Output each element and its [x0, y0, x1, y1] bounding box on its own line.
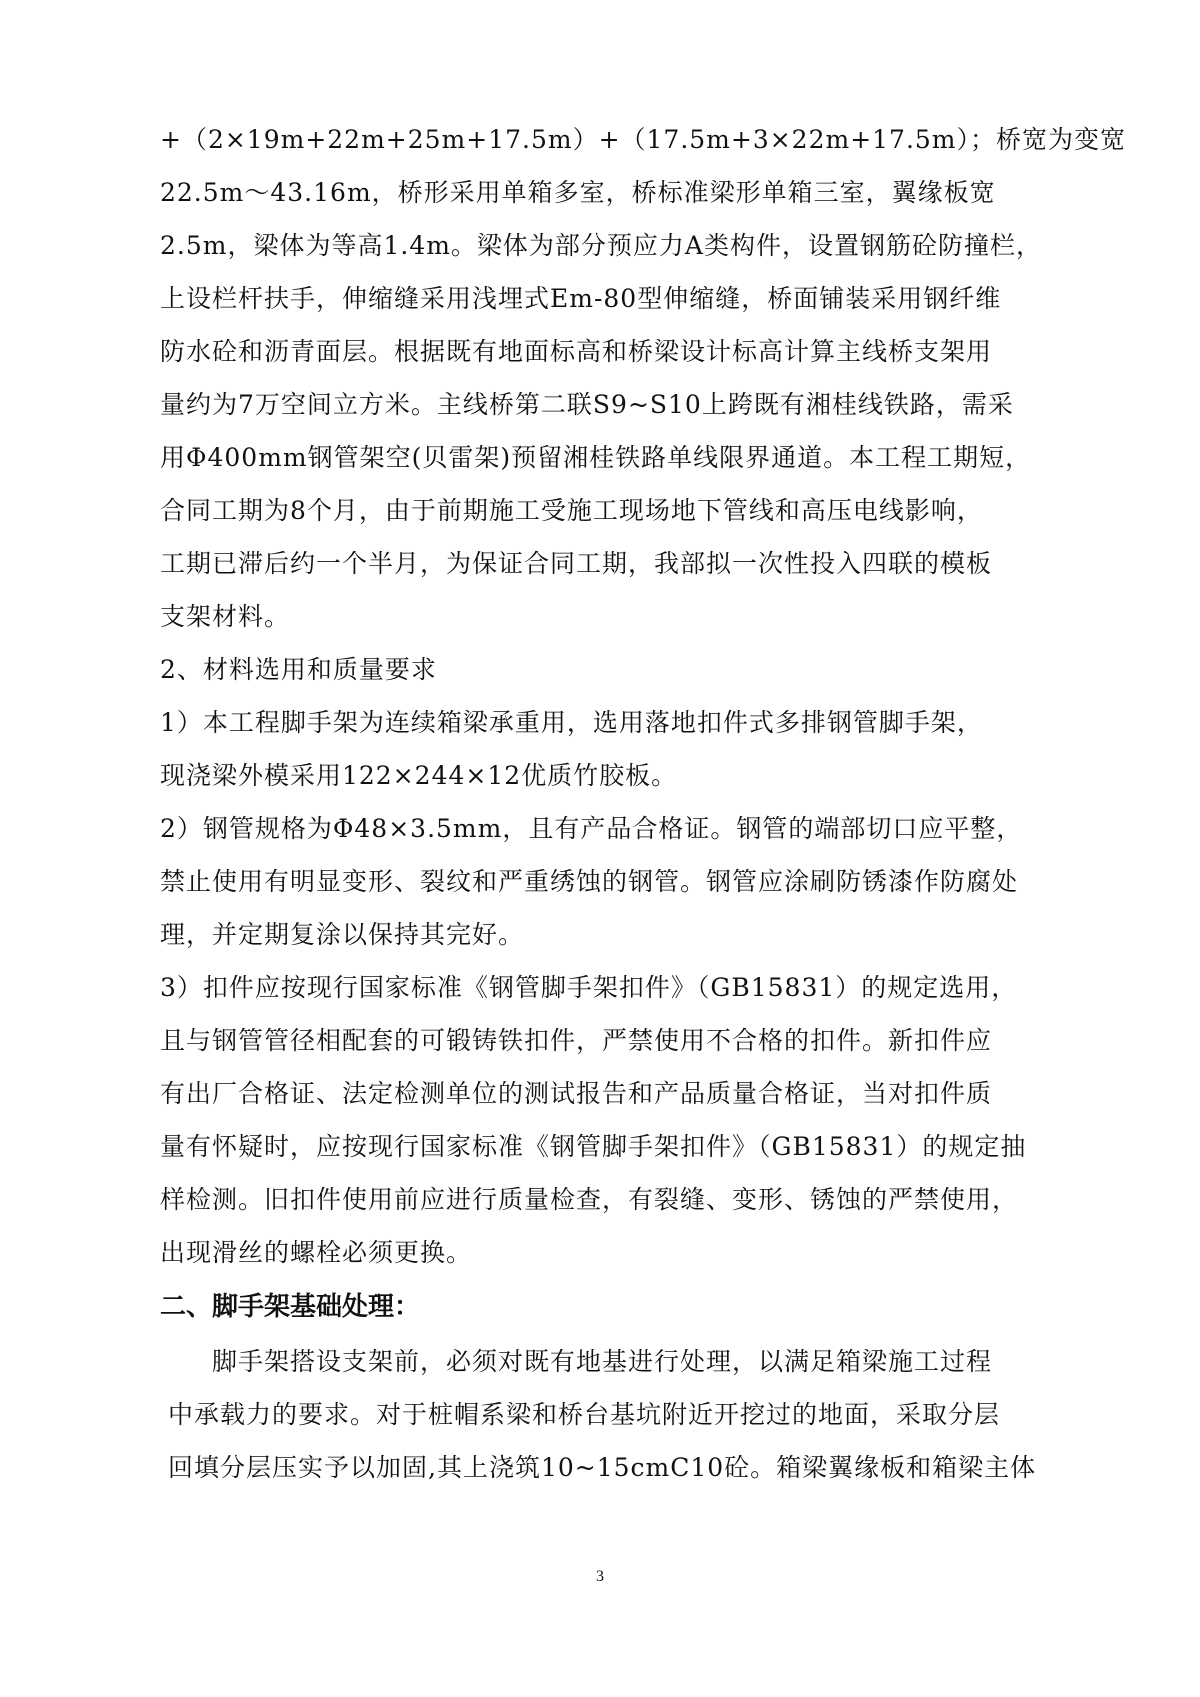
body-line: 2.5m，梁体为等高1.4m。梁体为部分预应力A类构件，设置钢筋砼防撞栏， [160, 229, 980, 263]
body-line: +（2×19m+22m+25m+17.5m）+（17.5m+3×22m+17.5… [160, 123, 980, 157]
body-line: 上设栏杆扶手，伸缩缝采用浅埋式Em-80型伸缩缝，桥面铺装采用钢纤维 [160, 282, 980, 316]
body-line: 用Φ400mm钢管架空(贝雷架)预留湘桂铁路单线限界通道。本工程工期短， [160, 441, 980, 475]
body-line: 防水砼和沥青面层。根据既有地面标高和桥梁设计标高计算主线桥支架用 [160, 335, 980, 369]
body-line: 理，并定期复涂以保持其完好。 [160, 918, 980, 952]
section-heading: 二、脚手架基础处理： [160, 1290, 420, 1324]
body-line: 量有怀疑时，应按现行国家标准《钢管脚手架扣件》（GB15831）的规定抽 [160, 1130, 980, 1164]
list-item-1: 1）本工程脚手架为连续箱梁承重用，选用落地扣件式多排钢管脚手架， [160, 706, 980, 740]
body-line: 出现滑丝的螺栓必须更换。 [160, 1236, 980, 1270]
body-line: 量约为7万空间立方米。主线桥第二联S9~S10上跨既有湘桂线铁路，需采 [160, 388, 980, 422]
page-number: 3 [0, 1568, 1200, 1586]
body-line: 现浇梁外模采用122×244×12优质竹胶板。 [160, 759, 980, 793]
body-line: 中承载力的要求。对于桩帽系梁和桥台基坑附近开挖过的地面，采取分层 [168, 1398, 980, 1432]
body-line: 回填分层压实予以加固,其上浇筑10~15cmC10砼。箱梁翼缘板和箱梁主体 [168, 1451, 980, 1485]
body-line: 工期已滞后约一个半月，为保证合同工期，我部拟一次性投入四联的模板 [160, 547, 980, 581]
body-line: 22.5m～43.16m，桥形采用单箱多室，桥标准梁形单箱三室，翼缘板宽 [160, 176, 980, 210]
body-line: 合同工期为8个月，由于前期施工受施工现场地下管线和高压电线影响， [160, 494, 980, 528]
body-line: 脚手架搭设支架前，必须对既有地基进行处理，以满足箱梁施工过程 [212, 1345, 980, 1379]
list-item-3: 3）扣件应按现行国家标准《钢管脚手架扣件》（GB15831）的规定选用， [160, 971, 980, 1005]
body-line: 有出厂合格证、法定检测单位的测试报告和产品质量合格证，当对扣件质 [160, 1077, 980, 1111]
body-line: 且与钢管管径相配套的可锻铸铁扣件，严禁使用不合格的扣件。新扣件应 [160, 1024, 980, 1058]
body-line: 禁止使用有明显变形、裂纹和严重绣蚀的钢管。钢管应涂刷防锈漆作防腐处 [160, 865, 980, 899]
subsection-title: 2、材料选用和质量要求 [160, 653, 980, 687]
document-page: +（2×19m+22m+25m+17.5m）+（17.5m+3×22m+17.5… [0, 0, 1200, 1697]
list-item-2: 2）钢管规格为Φ48×3.5mm，且有产品合格证。钢管的端部切口应平整， [160, 812, 980, 846]
body-line: 支架材料。 [160, 600, 980, 634]
body-line: 样检测。旧扣件使用前应进行质量检查，有裂缝、变形、锈蚀的严禁使用， [160, 1183, 980, 1217]
